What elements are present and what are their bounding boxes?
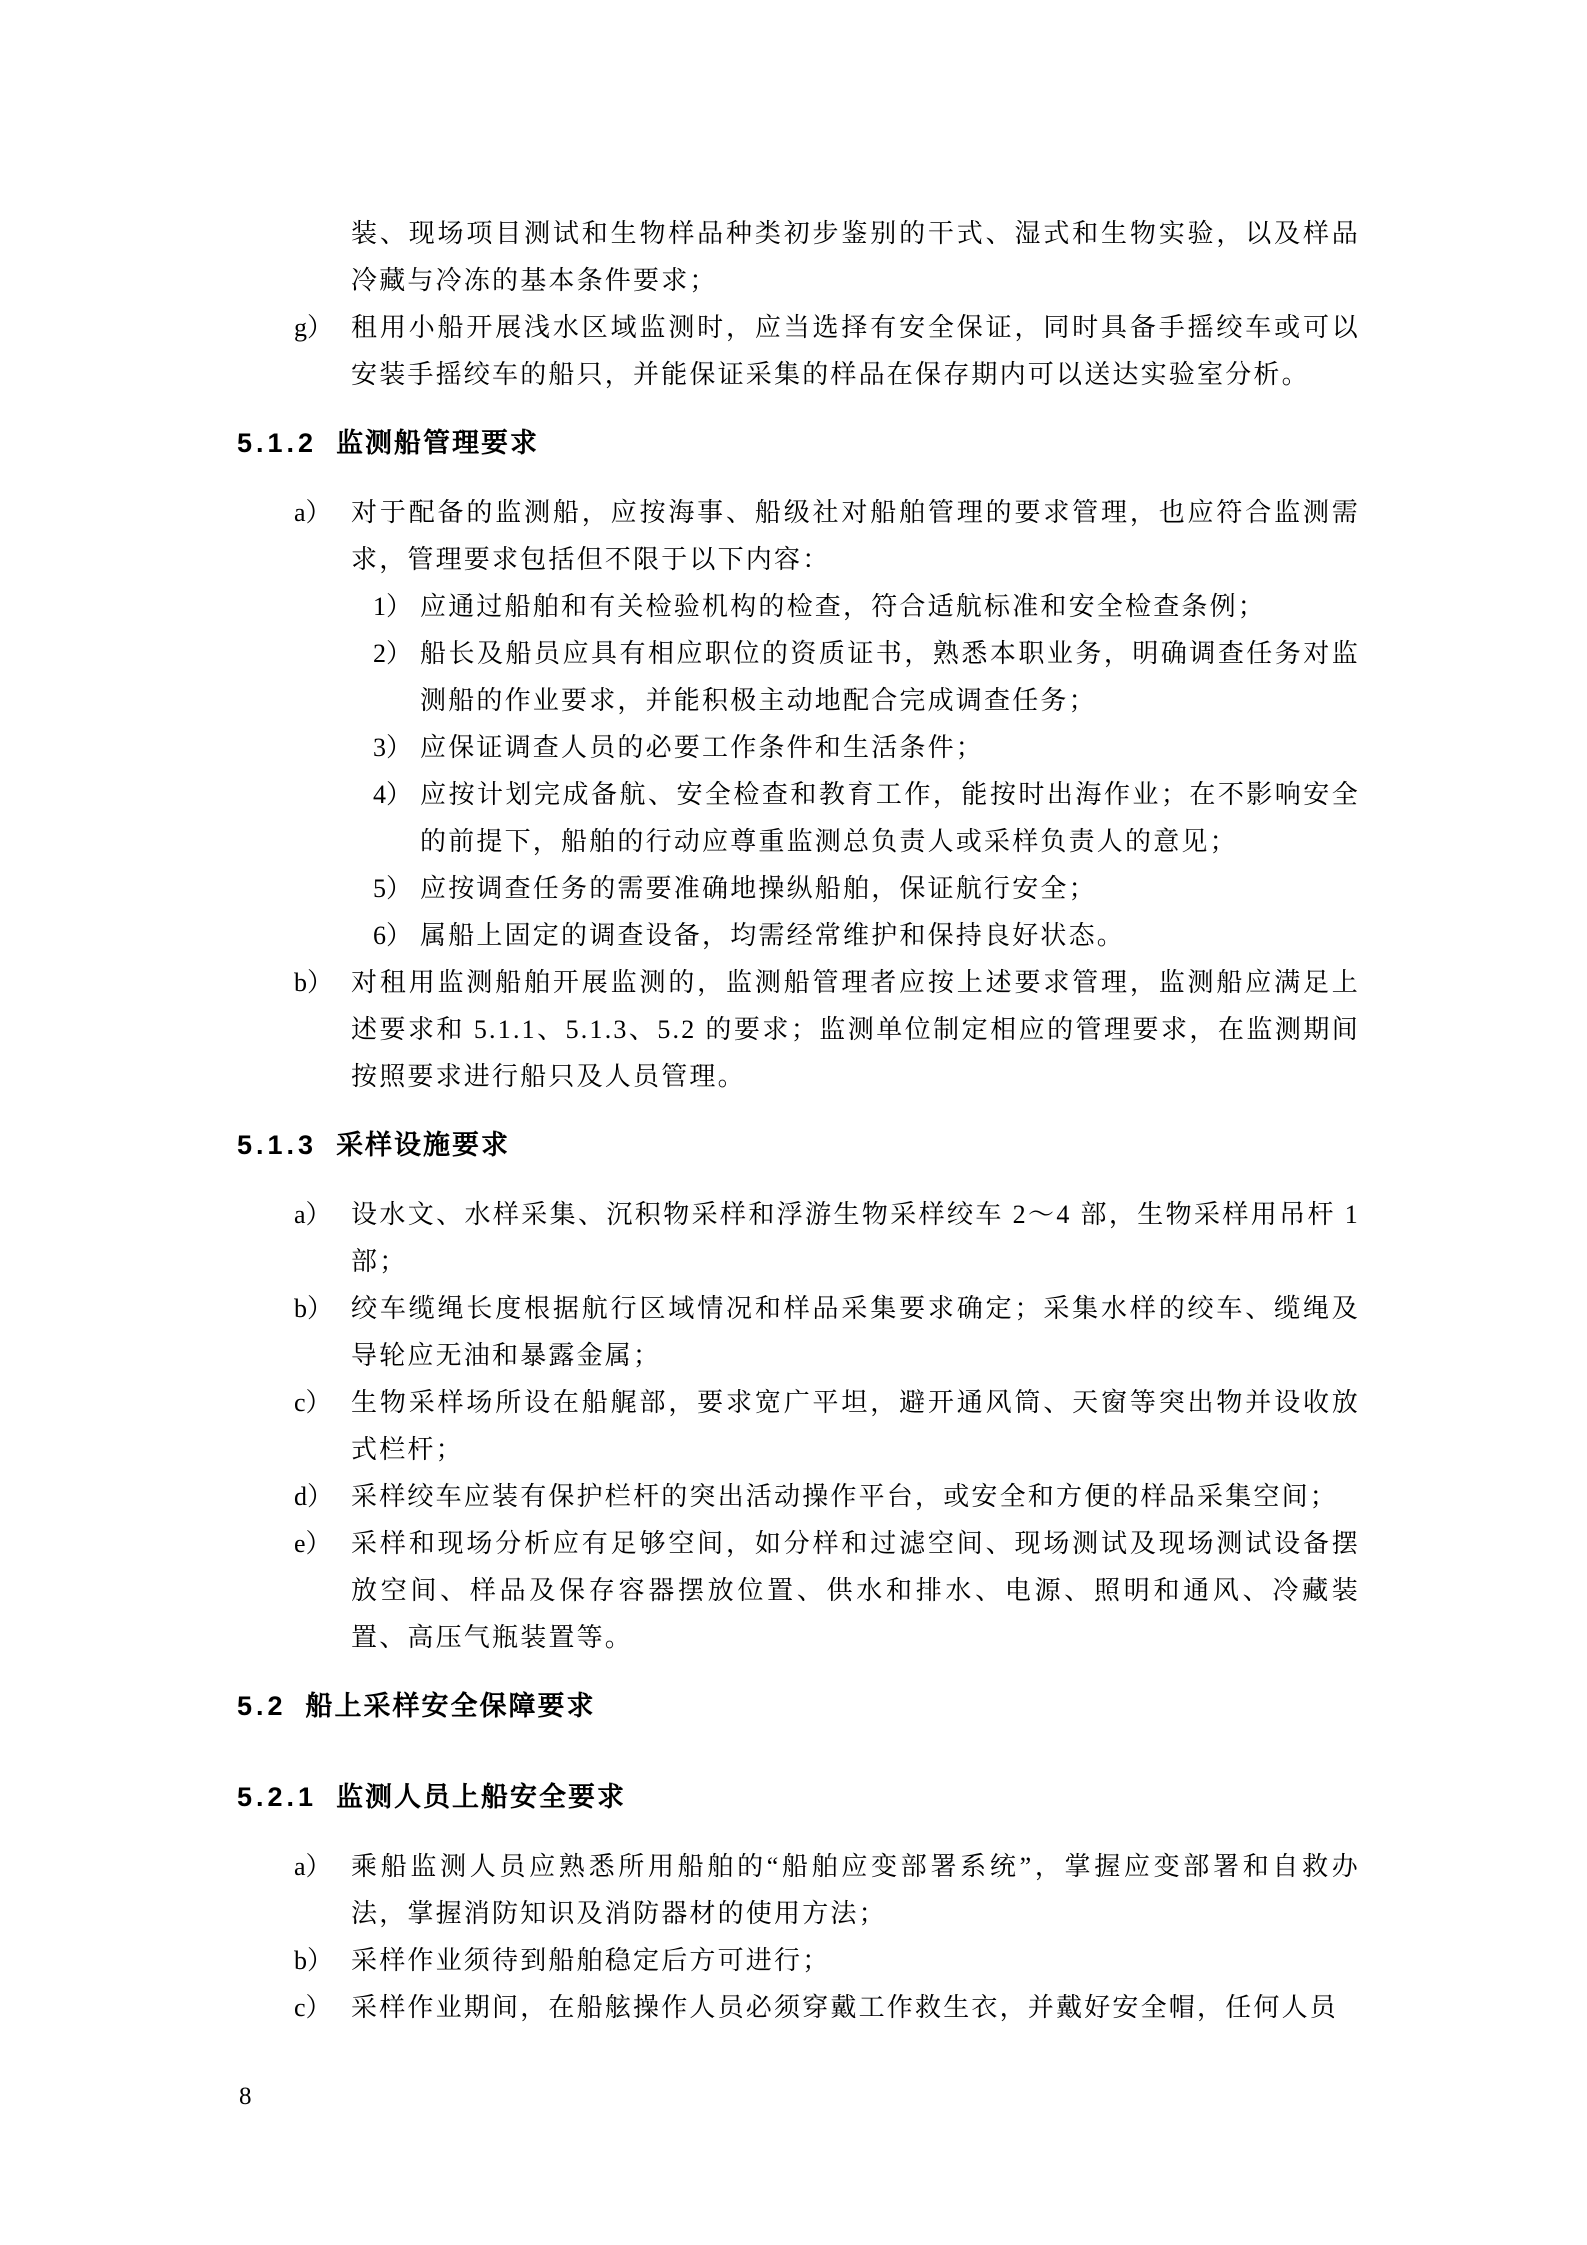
document-page: 装、现场项目测试和生物样品种类初步鉴别的干式、湿式和生物实验，以及样品冷藏与冷冻…	[0, 0, 1587, 2245]
paragraph-text: 应保证调查人员的必要工作条件和生活条件；	[420, 724, 1360, 771]
section-heading-5-1-2: 5.1.2监测船管理要求	[237, 398, 1417, 489]
section-heading-5-2-1: 5.2.1监测人员上船安全要求	[237, 1752, 1417, 1843]
paragraph-text: 绞车缆绳长度根据航行区域情况和样品采集要求确定；采集水样的绞车、缆绳及导轮应无油…	[351, 1285, 1360, 1379]
list-item-b: b）采样作业须待到船舶稳定后方可进行；	[237, 1937, 1417, 1984]
list-item-g: g）租用小船开展浅水区域监测时，应当选择有安全保证，同时具备手摇绞车或可以安装手…	[237, 304, 1417, 398]
sub-list-item-1: 1）应通过船舶和有关检验机构的检查，符合适航标准和安全检查条例；	[237, 583, 1417, 630]
document-content: 装、现场项目测试和生物样品种类初步鉴别的干式、湿式和生物实验，以及样品冷藏与冷冻…	[237, 0, 1417, 2031]
sub-list-item-2: 2）船长及船员应具有相应职位的资质证书，熟悉本职业务，明确调查任务对监测船的作业…	[237, 630, 1417, 724]
list-item-d: d）采样绞车应装有保护栏杆的突出活动操作平台，或安全和方便的样品采集空间；	[237, 1473, 1417, 1520]
list-item-label: 5）	[373, 865, 412, 912]
sub-list-item-4: 4）应按计划完成备航、安全检查和教育工作，能按时出海作业；在不影响安全的前提下，…	[237, 771, 1417, 865]
paragraph-text: 租用小船开展浅水区域监测时，应当选择有安全保证，同时具备手摇绞车或可以安装手摇绞…	[351, 304, 1360, 398]
paragraph-text: 乘船监测人员应熟悉所用船舶的“船舶应变部署系统”，掌握应变部署和自救办法，掌握消…	[351, 1843, 1360, 1937]
paragraph-text: 生物采样场所设在船艉部，要求宽广平坦，避开通风筒、天窗等突出物并设收放式栏杆；	[351, 1379, 1360, 1473]
paragraph-text: 采样绞车应装有保护栏杆的突出活动操作平台，或安全和方便的样品采集空间；	[351, 1473, 1360, 1520]
section-title: 船上采样安全保障要求	[306, 1691, 596, 1721]
list-item-label: d）	[294, 1473, 333, 1520]
list-item-b: b）绞车缆绳长度根据航行区域情况和样品采集要求确定；采集水样的绞车、缆绳及导轮应…	[237, 1285, 1417, 1379]
section-number: 5.2.1	[237, 1782, 317, 1812]
list-item-c: c）生物采样场所设在船艉部，要求宽广平坦，避开通风筒、天窗等突出物并设收放式栏杆…	[237, 1379, 1417, 1473]
paragraph-text: 采样作业须待到船舶稳定后方可进行；	[351, 1937, 1360, 1984]
list-item-label: c）	[294, 1984, 332, 2031]
paragraph-text: 应按计划完成备航、安全检查和教育工作，能按时出海作业；在不影响安全的前提下，船舶…	[420, 771, 1360, 865]
list-item-label: a）	[294, 1843, 332, 1890]
list-item-label: b）	[294, 1285, 333, 1332]
list-item-label: 3）	[373, 724, 412, 771]
paragraph-text: 属船上固定的调查设备，均需经常维护和保持良好状态。	[420, 912, 1360, 959]
paragraph-continuation: 装、现场项目测试和生物样品种类初步鉴别的干式、湿式和生物实验，以及样品冷藏与冷冻…	[237, 210, 1417, 304]
paragraph-text: 设水文、水样采集、沉积物采样和浮游生物采样绞车 2～4 部，生物采样用吊杆 1 …	[351, 1191, 1360, 1285]
list-item-label: 1）	[373, 583, 412, 630]
list-item-label: g）	[294, 304, 333, 351]
paragraph-text: 装、现场项目测试和生物样品种类初步鉴别的干式、湿式和生物实验，以及样品冷藏与冷冻…	[351, 210, 1360, 304]
page-number: 8	[239, 2082, 252, 2112]
section-heading-5-1-3: 5.1.3采样设施要求	[237, 1100, 1417, 1191]
section-number: 5.2	[237, 1691, 287, 1721]
list-item-label: a）	[294, 1191, 332, 1238]
list-item-label: b）	[294, 1937, 333, 1984]
list-item-a: a）对于配备的监测船，应按海事、船级社对船舶管理的要求管理，也应符合监测需求，管…	[237, 489, 1417, 583]
section-title: 监测船管理要求	[336, 428, 539, 458]
list-item-e: e）采样和现场分析应有足够空间，如分样和过滤空间、现场测试及现场测试设备摆放空间…	[237, 1520, 1417, 1661]
list-item-label: e）	[294, 1520, 332, 1567]
list-item-label: 6）	[373, 912, 412, 959]
section-title: 监测人员上船安全要求	[336, 1782, 626, 1812]
list-item-b: b）对租用监测船舶开展监测的，监测船管理者应按上述要求管理，监测船应满足上述要求…	[237, 959, 1417, 1100]
paragraph-text: 应按调查任务的需要准确地操纵船舶，保证航行安全；	[420, 865, 1360, 912]
paragraph-text: 对于配备的监测船，应按海事、船级社对船舶管理的要求管理，也应符合监测需求，管理要…	[351, 489, 1360, 583]
list-item-label: b）	[294, 959, 333, 1006]
sub-list-item-3: 3）应保证调查人员的必要工作条件和生活条件；	[237, 724, 1417, 771]
paragraph-text: 采样作业期间，在船舷操作人员必须穿戴工作救生衣，并戴好安全帽，任何人员	[351, 1984, 1360, 2031]
list-item-label: 2）	[373, 630, 412, 677]
section-heading-5-2: 5.2船上采样安全保障要求	[237, 1661, 1417, 1752]
sub-list-item-6: 6）属船上固定的调查设备，均需经常维护和保持良好状态。	[237, 912, 1417, 959]
list-item-label: 4）	[373, 771, 412, 818]
section-title: 采样设施要求	[336, 1130, 510, 1160]
list-item-label: a）	[294, 489, 332, 536]
paragraph-text: 船长及船员应具有相应职位的资质证书，熟悉本职业务，明确调查任务对监测船的作业要求…	[420, 630, 1360, 724]
paragraph-text: 应通过船舶和有关检验机构的检查，符合适航标准和安全检查条例；	[420, 583, 1360, 630]
section-number: 5.1.3	[237, 1130, 317, 1160]
sub-list-item-5: 5）应按调查任务的需要准确地操纵船舶，保证航行安全；	[237, 865, 1417, 912]
list-item-label: c）	[294, 1379, 332, 1426]
paragraph-text: 对租用监测船舶开展监测的，监测船管理者应按上述要求管理，监测船应满足上述要求和 …	[351, 959, 1360, 1100]
list-item-a: a）乘船监测人员应熟悉所用船舶的“船舶应变部署系统”，掌握应变部署和自救办法，掌…	[237, 1843, 1417, 1937]
section-number: 5.1.2	[237, 428, 317, 458]
list-item-c: c）采样作业期间，在船舷操作人员必须穿戴工作救生衣，并戴好安全帽，任何人员	[237, 1984, 1417, 2031]
list-item-a: a）设水文、水样采集、沉积物采样和浮游生物采样绞车 2～4 部，生物采样用吊杆 …	[237, 1191, 1417, 1285]
paragraph-text: 采样和现场分析应有足够空间，如分样和过滤空间、现场测试及现场测试设备摆放空间、样…	[351, 1520, 1360, 1661]
